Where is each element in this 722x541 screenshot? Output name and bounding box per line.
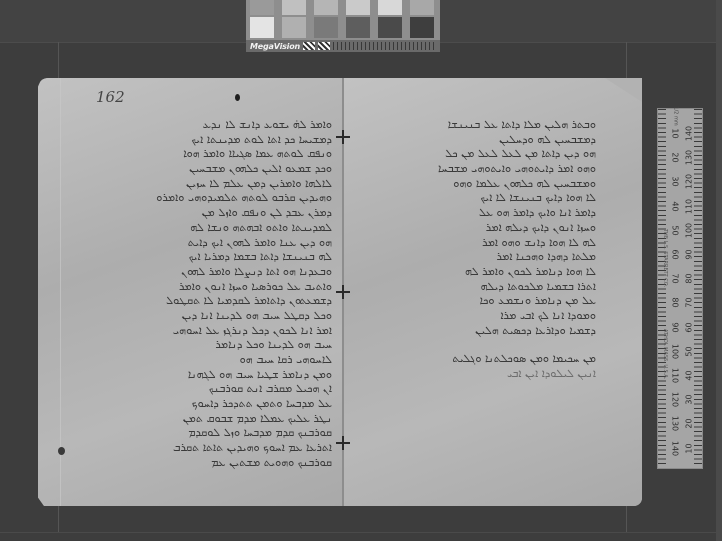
ruler-tick-label: 130: [671, 413, 680, 435]
chart-top-row: [250, 0, 434, 15]
ruler-tick-label: 50: [685, 340, 694, 362]
chart-bottom-row: [250, 17, 434, 38]
manuscript-line: ܠܗ ܠܐ ܗܘܐ ܕܐܢܫ ܘܗܘ ܐܡܪ: [360, 236, 596, 251]
manuscript-line: ܕܫܡܥܬܘܢ ܕܐܬܐܡܪ ܠܩܕܡܝܐ ܠܐ ܬܩܛܘܠ: [110, 294, 332, 309]
manuscript-line: ܐܬܪܐ ܒܫܡܝܐ ܡܠܟܘܬܐ ܕܝܠܗ: [360, 280, 596, 295]
color-swatch: [314, 0, 338, 15]
ruler-tick-label: 120: [671, 389, 680, 411]
ruler-tick-label: 140: [685, 123, 694, 145]
manuscript-line: ܘܚܙܐ ܐܢܘܢ ܕܐܝܟ ܕܝܠܗ ܐܡܪ: [360, 221, 596, 236]
ruler-location-label: ATHOL MASS. U.S.A.: [662, 329, 668, 379]
manuscript-bifolium: 162 ܘܐܡܪ ܠܗ̇ ܝܫܘܥ ܕܐܢܫ ܠܐ ܢܕܥܕܡܫܝܚܐ ܟܕ ܐ…: [38, 78, 642, 506]
manuscript-line: ܘܒܬܪ ܗܠܝܢ ܡܠܐ ܕܐܬܐ ܥܠ ܒܢܝܢܫܐ: [360, 118, 596, 133]
manuscript-line: ܘܡܫܒܚܝܢ ܠܗ ܟܠܗܘܢ ܥܠܡܐ ܘܗܘ: [360, 177, 596, 192]
color-swatch: [250, 17, 274, 38]
manuscript-line: ܡܠܬܐ ܕܗܕܐ ܘܗܟܢܐ ܐܡܪ: [360, 250, 596, 265]
ruler-tick-label: 120: [685, 171, 694, 193]
ruler-tick-label: 90: [685, 244, 694, 266]
folio-number: 162: [96, 88, 125, 106]
manuscript-line: ܠܐ ܗܘܐ ܕܢܐܡܪ ܠܟܘܢ ܘܐܡܪ ܠܗ: [360, 265, 596, 280]
color-swatch: [410, 0, 434, 15]
color-swatch: [250, 0, 274, 15]
manuscript-line: ܘܗܘ ܐܡܪ ܕܐܝܬܘܗܝ ܘܐܝܬܘܗܝ ܡܫܒܚܐ: [360, 162, 596, 177]
ruler-tick-label: 10: [685, 437, 694, 459]
manuscript-line: ܐܢܝܢ ܠܝܠܘܕܐ ܐܝܢ ܐܒܝ: [360, 367, 596, 382]
ruler-tick-label: 80: [685, 268, 694, 290]
measurement-ruler: 1/2 mm THE L.S. STARRETT CO. ATHOL MASS.…: [657, 108, 703, 469]
brand-logo: MegaVision: [246, 42, 300, 51]
manuscript-line: ܐܡܪ ܐܢܐ ܠܟܘܢ ܕܟܠ ܕܢܪܓܙ ܥܠ ܐܚܘܗܝ: [110, 324, 332, 339]
checker-pattern-icon: [318, 42, 330, 50]
ruler-tick-label: 10: [671, 123, 680, 145]
ruler-tick-label: 70: [671, 268, 680, 290]
manuscript-line: ܩܘܪܒܢܟ ܩܕܡ ܡܕܒܚܐ ܘܙܠ ܠܘܩܕܡ: [110, 426, 332, 441]
chart-brand-strip: MegaVision: [246, 40, 440, 52]
manuscript-line: ܘܟܠ ܕܩܛܠ ܚܝܒ ܗܘ ܠܕܝܢܐ ܐܢܐ ܕܝܢ: [110, 309, 332, 324]
manuscript-line: ܕܡܫܒܚܝܢ ܠܗ ܘܕܚܠܝܢ: [360, 133, 596, 148]
ruler-tick-label: 60: [685, 316, 694, 338]
ink-blot: [58, 447, 65, 455]
ruler-tick-label: 20: [671, 147, 680, 169]
manuscript-line: ܥܠ ܡܕܒܚܐ ܘܬܡܢ ܬܬܕܟܪ ܕܐܚܘܟ: [110, 397, 332, 412]
ruler-tick-label: 100: [685, 219, 694, 241]
background-guide-line: [0, 532, 722, 533]
ruler-ticks-left: [658, 109, 666, 468]
manuscript-line: ܗܘ ܕܝܢ ܥܢܐ ܘܐܡܪ ܠܗܘܢ ܐܝܟ ܕܐܝܬ: [110, 236, 332, 251]
manuscript-line: ܠܐܠܗܐ ܘܐܡܪܝܢ ܕܡܢ ܥܠܡ ܠܐ ܚܙܝܢ: [110, 177, 332, 192]
ruler-tick-label: 20: [685, 413, 694, 435]
manuscript-line: ܘܢܦܩ ܠܘܬܗ ܥܡܐ ܣܓܝܐܐ ܘܐܡܪ ܗܘܐ: [110, 147, 332, 162]
ruler-tick-label: 80: [671, 292, 680, 314]
ruler-tick-label: 60: [671, 244, 680, 266]
left-page-text: ܘܐܡܪ ܠܗ̇ ܝܫܘܥ ܕܐܢܫ ܠܐ ܢܕܥܕܡܫܝܚܐ ܟܕ ܐܬܐ ܠ…: [110, 118, 332, 471]
crosshair-mark-icon: [336, 130, 350, 144]
ruler-ticks-right: [694, 109, 702, 468]
manuscript-line: ܘܡܘܕܐ ܐܢܐ ܠܟ ܐܒܝ ܡܪܐ: [360, 309, 596, 324]
crosshair-mark-icon: [336, 436, 350, 450]
manuscript-line: ܩܘܪܒܢܟ ܘܗܘܝܬ ܡܫܬܝܢ ܥܡ: [110, 456, 332, 471]
ruler-tick-label: 100: [671, 340, 680, 362]
manuscript-line: ܡܢ ܚܟܝܡܐ ܘܡܢ ܣܘܟܠܬܢܐ ܘܓܠܝܬ: [360, 352, 596, 367]
color-swatch: [410, 17, 434, 38]
ruler-tick-label: 50: [671, 219, 680, 241]
chart-scale-ticks: [333, 42, 437, 50]
ruler-tick-label: 110: [685, 195, 694, 217]
manuscript-line: ܘܐܬܝܒ ܥܠ ܟܘܪܣܝܐ ܘܚܙܐ ܐܢܘܢ ܘܐܡܪ: [110, 280, 332, 295]
ruler-maker-label: THE L.S. STARRETT CO.: [662, 229, 668, 287]
manuscript-line: ܥܠ ܡܢ ܕܢܐܡܪ ܘܢܫܡܥ ܘܟܐ: [360, 294, 596, 309]
color-swatch: [346, 0, 370, 15]
manuscript-line: ܢܛܪ ܥܠܝܟ ܥܡܠܐ ܡܕܡ ܫܒܘܩ ܬܡܢ: [110, 412, 332, 427]
color-swatch: [346, 17, 370, 38]
color-calibration-chart: MegaVision: [246, 0, 440, 52]
ruler-tick-label: 40: [685, 365, 694, 387]
ruler-tick-label: 130: [685, 147, 694, 169]
background-right-strip: [716, 0, 722, 541]
manuscript-line: ܗܘ ܕܝܢ ܕܐܬܐ ܡܢ ܠܥܠ ܠܥܠ ܡܢ ܟܠ: [360, 147, 596, 162]
color-swatch: [282, 0, 306, 15]
manuscript-line: ܠܡܕܝܢܬܐ ܘܐܬܘ ܐܒܗܬܗ ܘܢܫܐ ܠܗ: [110, 221, 332, 236]
ruler-tick-label: 140: [671, 437, 680, 459]
manuscript-line: ܠܗ ܒܢܝܢܫܐ ܕܐܬܐ ܒܫܡܐ ܕܡܪܝܐ ܐܝܟ: [110, 250, 332, 265]
checker-pattern-icon: [303, 42, 315, 50]
manuscript-line: ܘܟܕ ܫܡܥܘ ܐܠܝܢ ܟܠܗܘܢ ܡܫܒܚܝܢ: [110, 162, 332, 177]
color-swatch: [282, 17, 306, 38]
manuscript-line: ܐܬܪܥܐ ܥܡ ܐܚܘܟ ܘܗܝܕܝܢ ܬܐܬܐ ܬܩܪܒ: [110, 441, 332, 456]
ink-blot: [235, 94, 240, 101]
manuscript-line: ܘܒܥܕܢܐ ܗܘ ܐܬܐ ܕܢܨܠܐ ܘܐܡܪ ܠܗܘܢ: [110, 265, 332, 280]
manuscript-line: ܕܡܪܢ ܥܒܕ ܠܢ ܘܢܦܩ ܘܐܙܠ ܡܢ: [110, 206, 332, 221]
manuscript-line: ܐܢ ܗܟܝܠ ܡܩܪܒ ܐܢܬ ܩܘܪܒܢܟ: [110, 382, 332, 397]
manuscript-line: ܘܐܡܪ ܠܗ̇ ܝܫܘܥ ܕܐܢܫ ܠܐ ܢܕܥ: [110, 118, 332, 133]
ruler-tick-label: 110: [671, 365, 680, 387]
ruler-tick-label: 90: [671, 316, 680, 338]
manuscript-line: ܚܝܒ ܗܘ ܠܕܝܢܐ ܘܟܠ ܕܢܐܡܪ: [110, 338, 332, 353]
manuscript-line: ܕܐܡܪ ܐܢܐ ܘܐܝܟ ܕܐܡܪ ܗܘ ܥܠ: [360, 206, 596, 221]
manuscript-line: ܕܡܫܝܚܐ ܟܕ ܐܬܐ ܠܘܬ ܡܕܝܢܬܐ ܐܝܟ: [110, 133, 332, 148]
right-page-text: ܘܒܬܪ ܗܠܝܢ ܡܠܐ ܕܐܬܐ ܥܠ ܒܢܝܢܫܐܕܡܫܒܚܝܢ ܠܗ ܘ…: [360, 118, 596, 382]
color-swatch: [378, 17, 402, 38]
ruler-tick-label: 30: [685, 389, 694, 411]
color-swatch: [378, 0, 402, 15]
manuscript-line: ܘܡܢ ܕܢܐܡܪ ܫܛܝܐ ܚܝܒ ܗܘ ܠܓܗܢܐ: [110, 368, 332, 383]
manuscript-line: ܠܐܚܘܗܝ ܪܩܐ ܚܝܒ ܗܘ: [110, 353, 332, 368]
manuscript-line: ܕܫܡܝܐ ܘܕܐܪܥܐ ܕܟܣܝܬ ܗܠܝܢ: [360, 324, 596, 339]
ruling-line: [60, 78, 61, 506]
crosshair-mark-icon: [336, 285, 350, 299]
manuscript-line: ܘܗܝܕܝܢ ܩܪܒܘ ܠܘܬܗ ܬܠܡܝܕܘܗܝ ܘܐܡܪܘ: [110, 191, 332, 206]
ruler-tick-label: 70: [685, 292, 694, 314]
color-swatch: [314, 17, 338, 38]
manuscript-line: ܠܐ ܗܘܐ ܕܐܝܟ ܒܢܝܢܫܐ ܠܐ ܐܝܟ: [360, 191, 596, 206]
ruler-tick-label: 30: [671, 171, 680, 193]
ruler-tick-label: 40: [671, 195, 680, 217]
